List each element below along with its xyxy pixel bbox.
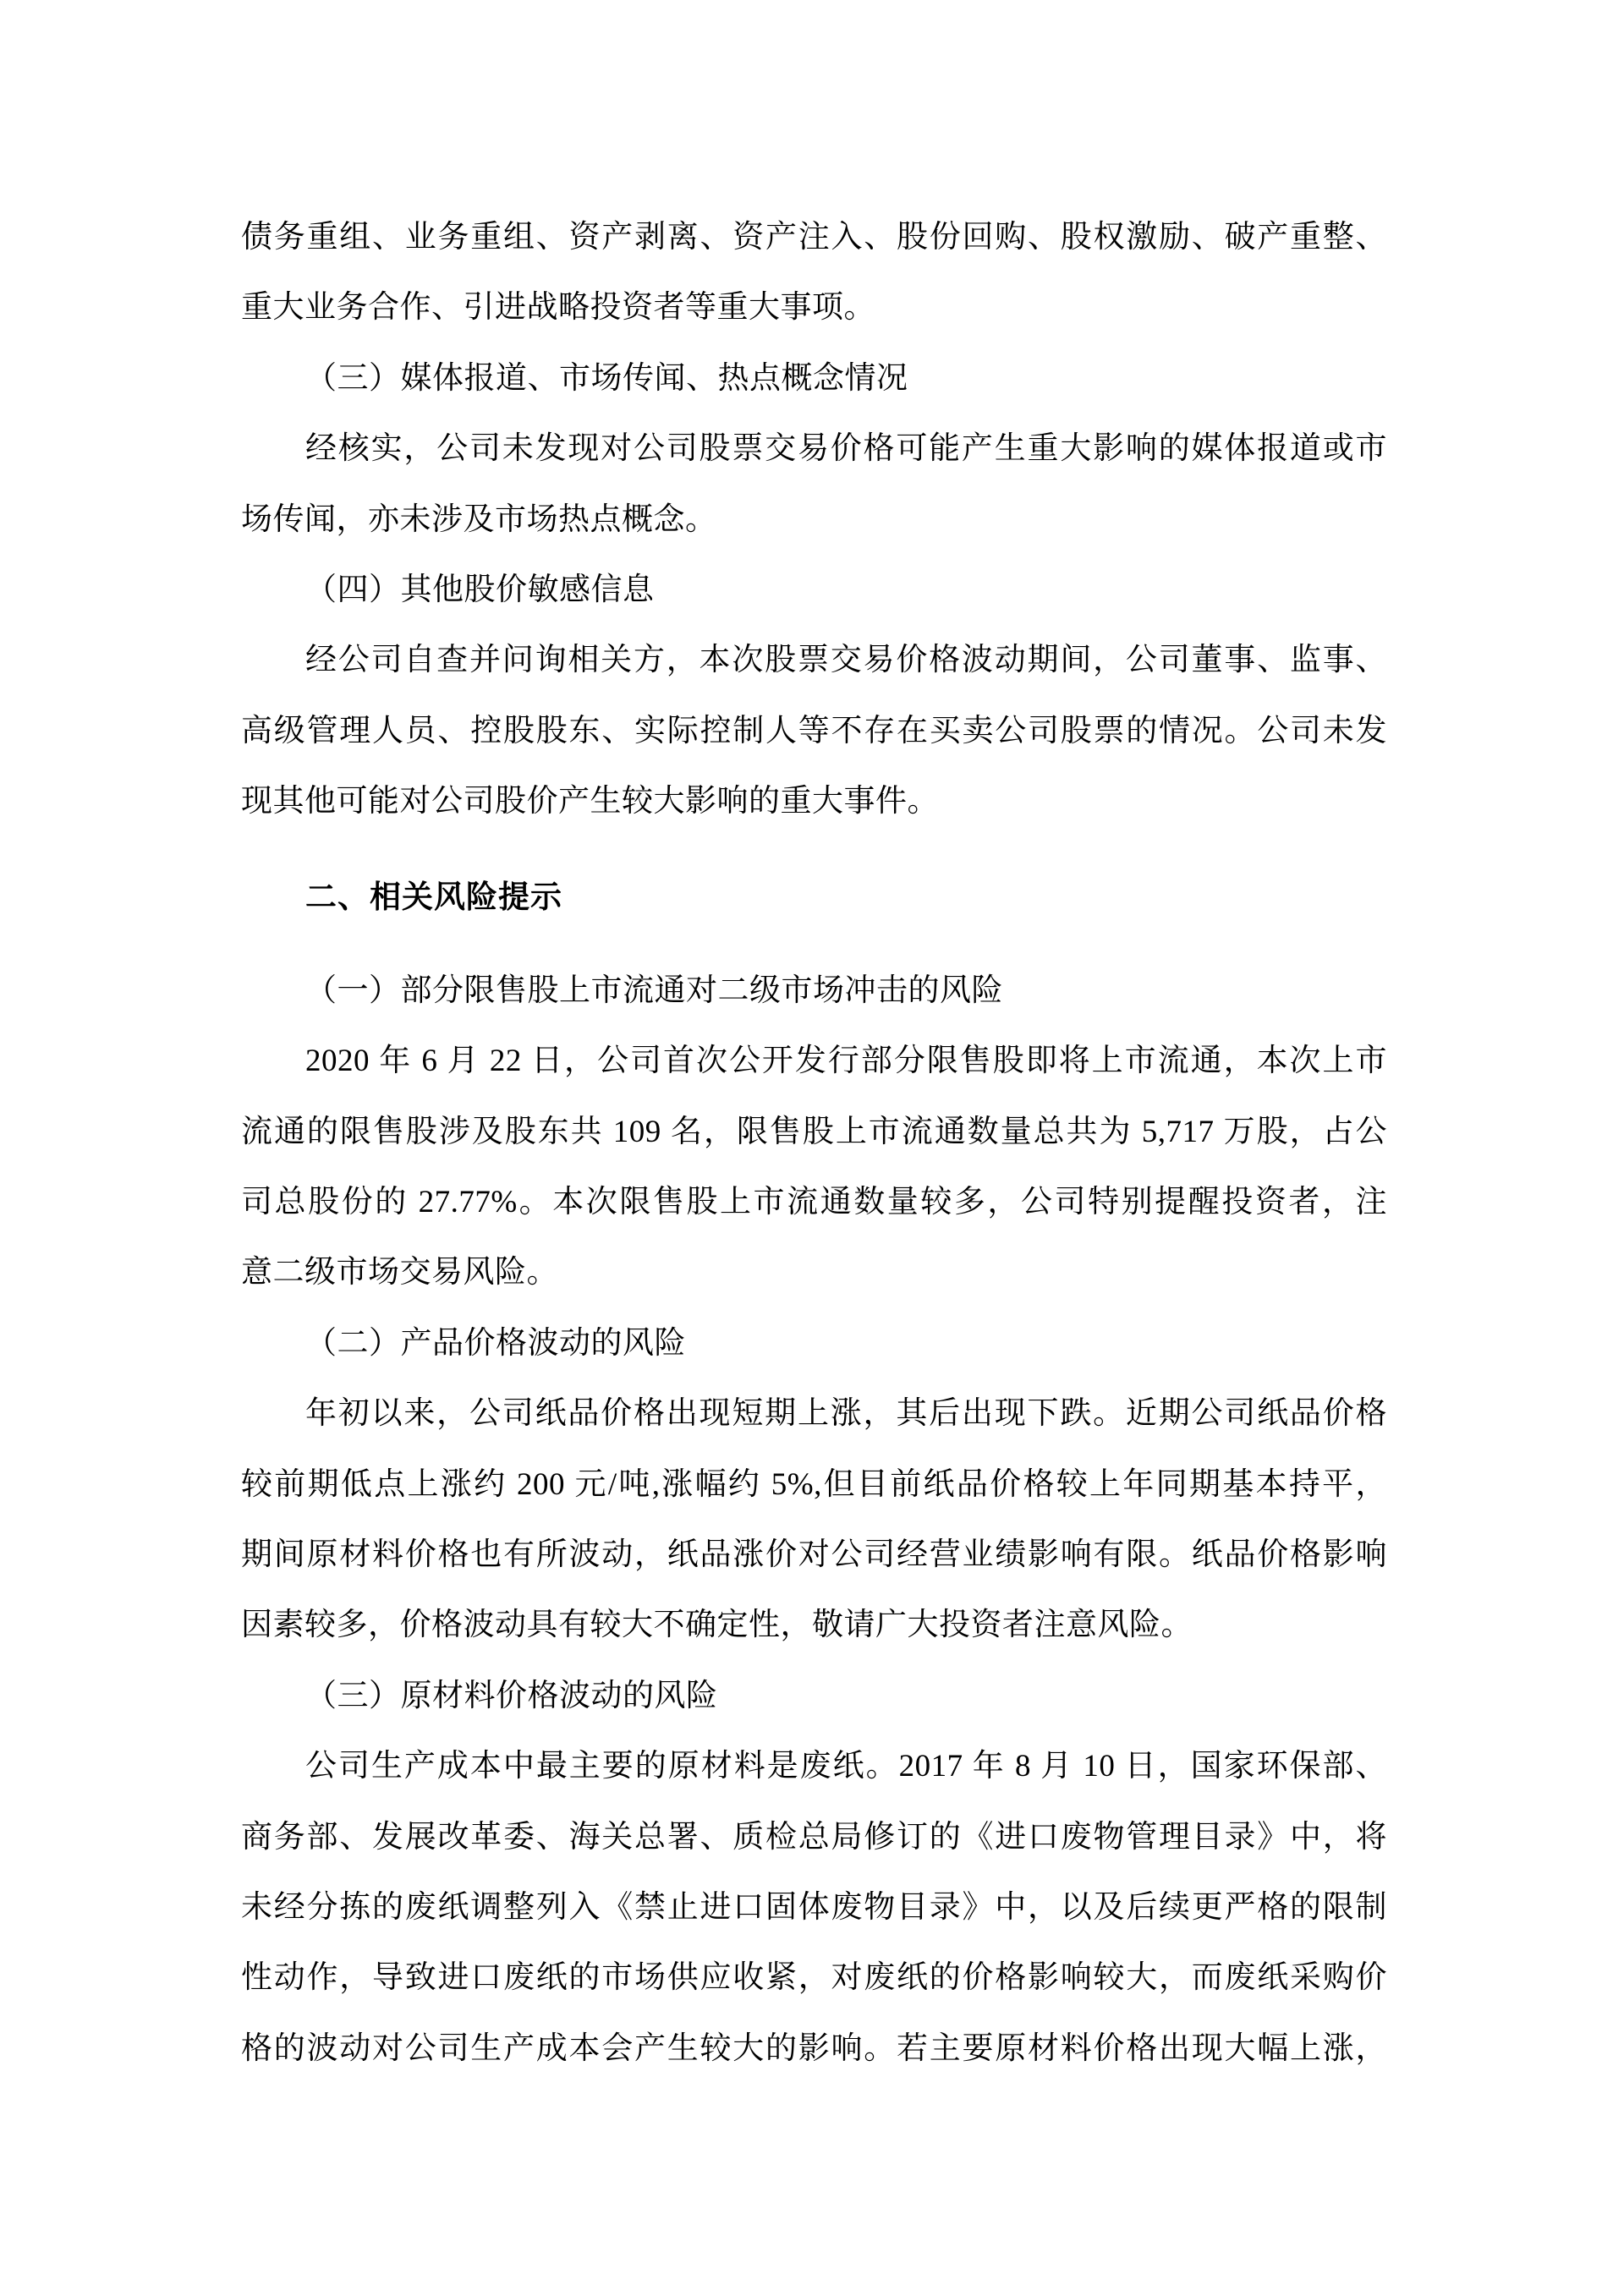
document-page: 债务重组、业务重组、资产剥离、资产注入、股份回购、股权激励、破产重整、重大业务合… — [0, 0, 1624, 2296]
text-line: 公司生产成本中最主要的原材料是废纸。2017 年 8 月 10 日，国家环保部、 — [241, 1731, 1387, 1801]
text-line: 债务重组、业务重组、资产剥离、资产注入、股份回购、股权激励、破产重整、 — [241, 202, 1387, 272]
text-line: 因素较多，价格波动具有较大不确定性，敬请广大投资者注意风险。 — [241, 1590, 1387, 1660]
text-line: 较前期低点上涨约 200 元/吨,涨幅约 5%,但目前纸品价格较上年同期基本持平… — [241, 1449, 1387, 1520]
text-line: （二）产品价格波动的风险 — [241, 1308, 1387, 1378]
text-line: 意二级市场交易风险。 — [241, 1237, 1387, 1307]
text-line: 性动作，导致进口废纸的市场供应收紧，对废纸的价格影响较大，而废纸采购价 — [241, 1943, 1387, 2013]
text-line: （三）媒体报道、市场传闻、热点概念情况 — [241, 343, 1387, 414]
text-line: 未经分拣的废纸调整列入《禁止进口固体废物目录》中，以及后续更严格的限制 — [241, 1872, 1387, 1943]
text-line: 年初以来，公司纸品价格出现短期上涨，其后出现下跌。近期公司纸品价格 — [241, 1378, 1387, 1449]
text-line: 期间原材料价格也有所波动，纸品涨价对公司经营业绩影响有限。纸品价格影响 — [241, 1520, 1387, 1590]
document-content: 债务重组、业务重组、资产剥离、资产注入、股份回购、股权激励、破产重整、重大业务合… — [241, 202, 1387, 2084]
text-line: 司总股份的 27.77%。本次限售股上市流通数量较多，公司特别提醒投资者，注 — [241, 1167, 1387, 1237]
section-heading: 二、相关风险提示 — [241, 863, 1387, 933]
text-line: 经核实，公司未发现对公司股票交易价格可能产生重大影响的媒体报道或市 — [241, 414, 1387, 484]
text-line: 现其他可能对公司股价产生较大影响的重大事件。 — [241, 766, 1387, 836]
text-line: 商务部、发展改革委、海关总署、质检总局修订的《进口废物管理目录》中，将 — [241, 1802, 1387, 1872]
text-line: 2020 年 6 月 22 日，公司首次公开发行部分限售股即将上市流通，本次上市 — [241, 1026, 1387, 1096]
text-line: （三）原材料价格波动的风险 — [241, 1661, 1387, 1731]
text-line: 经公司自查并问询相关方，本次股票交易价格波动期间，公司董事、监事、 — [241, 625, 1387, 695]
text-line: 流通的限售股涉及股东共 109 名，限售股上市流通数量总共为 5,717 万股，… — [241, 1097, 1387, 1167]
text-line: （四）其他股价敏感信息 — [241, 555, 1387, 625]
text-line: （一）部分限售股上市流通对二级市场冲击的风险 — [241, 956, 1387, 1026]
text-line: 高级管理人员、控股股东、实际控制人等不存在买卖公司股票的情况。公司未发 — [241, 696, 1387, 766]
text-line: 格的波动对公司生产成本会产生较大的影响。若主要原材料价格出现大幅上涨， — [241, 2014, 1387, 2084]
text-line: 重大业务合作、引进战略投资者等重大事项。 — [241, 272, 1387, 342]
text-line: 场传闻，亦未涉及市场热点概念。 — [241, 485, 1387, 555]
